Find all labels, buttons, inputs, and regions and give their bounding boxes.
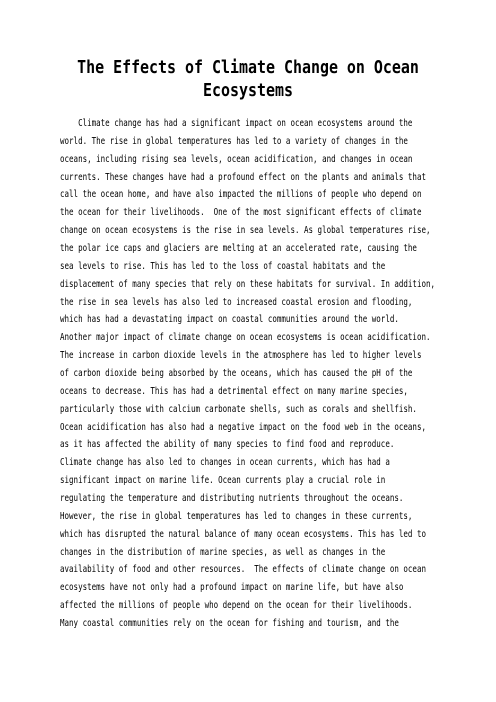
body-line: oceans to decrease. This has had a detri… [60,383,373,401]
body-line: Ocean acidification has also had a negat… [60,419,373,437]
body-line: currents. These changes have had a profo… [60,169,373,187]
body-line: call the ocean home, and have also impac… [60,186,373,204]
body-line: Climate change has also led to changes i… [60,454,373,472]
body-line: Climate change has had a significant imp… [60,115,373,133]
body-line: the polar ice caps and glaciers are melt… [60,240,373,258]
document-page: The Effects of Climate Change on OceanEc… [0,0,496,702]
title-line: The Effects of Climate Change on Ocean [42,56,454,79]
body-line: sea levels to rise. This has led to the … [60,258,373,276]
body-line: which has had a devastating impact on co… [60,311,373,329]
body-line: which has disrupted the natural balance … [60,526,373,544]
body-line: changes in the distribution of marine sp… [60,544,373,562]
body-line: the rise in sea levels has also led to i… [60,294,373,312]
body-line: as it has affected the ability of many s… [60,436,373,454]
body-line: the ocean for their livelihoods. One of … [60,204,373,222]
body-line: availability of food and other resources… [60,561,373,579]
body-line: Another major impact of climate change o… [60,329,373,347]
body-line: Many coastal communities rely on the oce… [60,615,373,633]
body-line: ecosystems have not only had a profound … [60,579,373,597]
body-line: change on ocean ecosystems is the rise i… [60,222,373,240]
title-line: Ecosystems [42,79,454,102]
body-line: of carbon dioxide being absorbed by the … [60,365,373,383]
body-line: oceans, including rising sea levels, oce… [60,151,373,169]
document-body: Climate change has had a significant imp… [60,115,456,633]
body-line: The increase in carbon dioxide levels in… [60,347,373,365]
body-line: However, the rise in global temperatures… [60,508,373,526]
body-line: particularly those with calcium carbonat… [60,401,373,419]
body-line: affected the millions of people who depe… [60,597,373,615]
body-line: world. The rise in global temperatures h… [60,133,373,151]
body-line: significant impact on marine life. Ocean… [60,472,373,490]
body-line: regulating the temperature and distribut… [60,490,373,508]
document-title: The Effects of Climate Change on OceanEc… [0,56,496,102]
body-line: displacement of many species that rely o… [60,276,373,294]
